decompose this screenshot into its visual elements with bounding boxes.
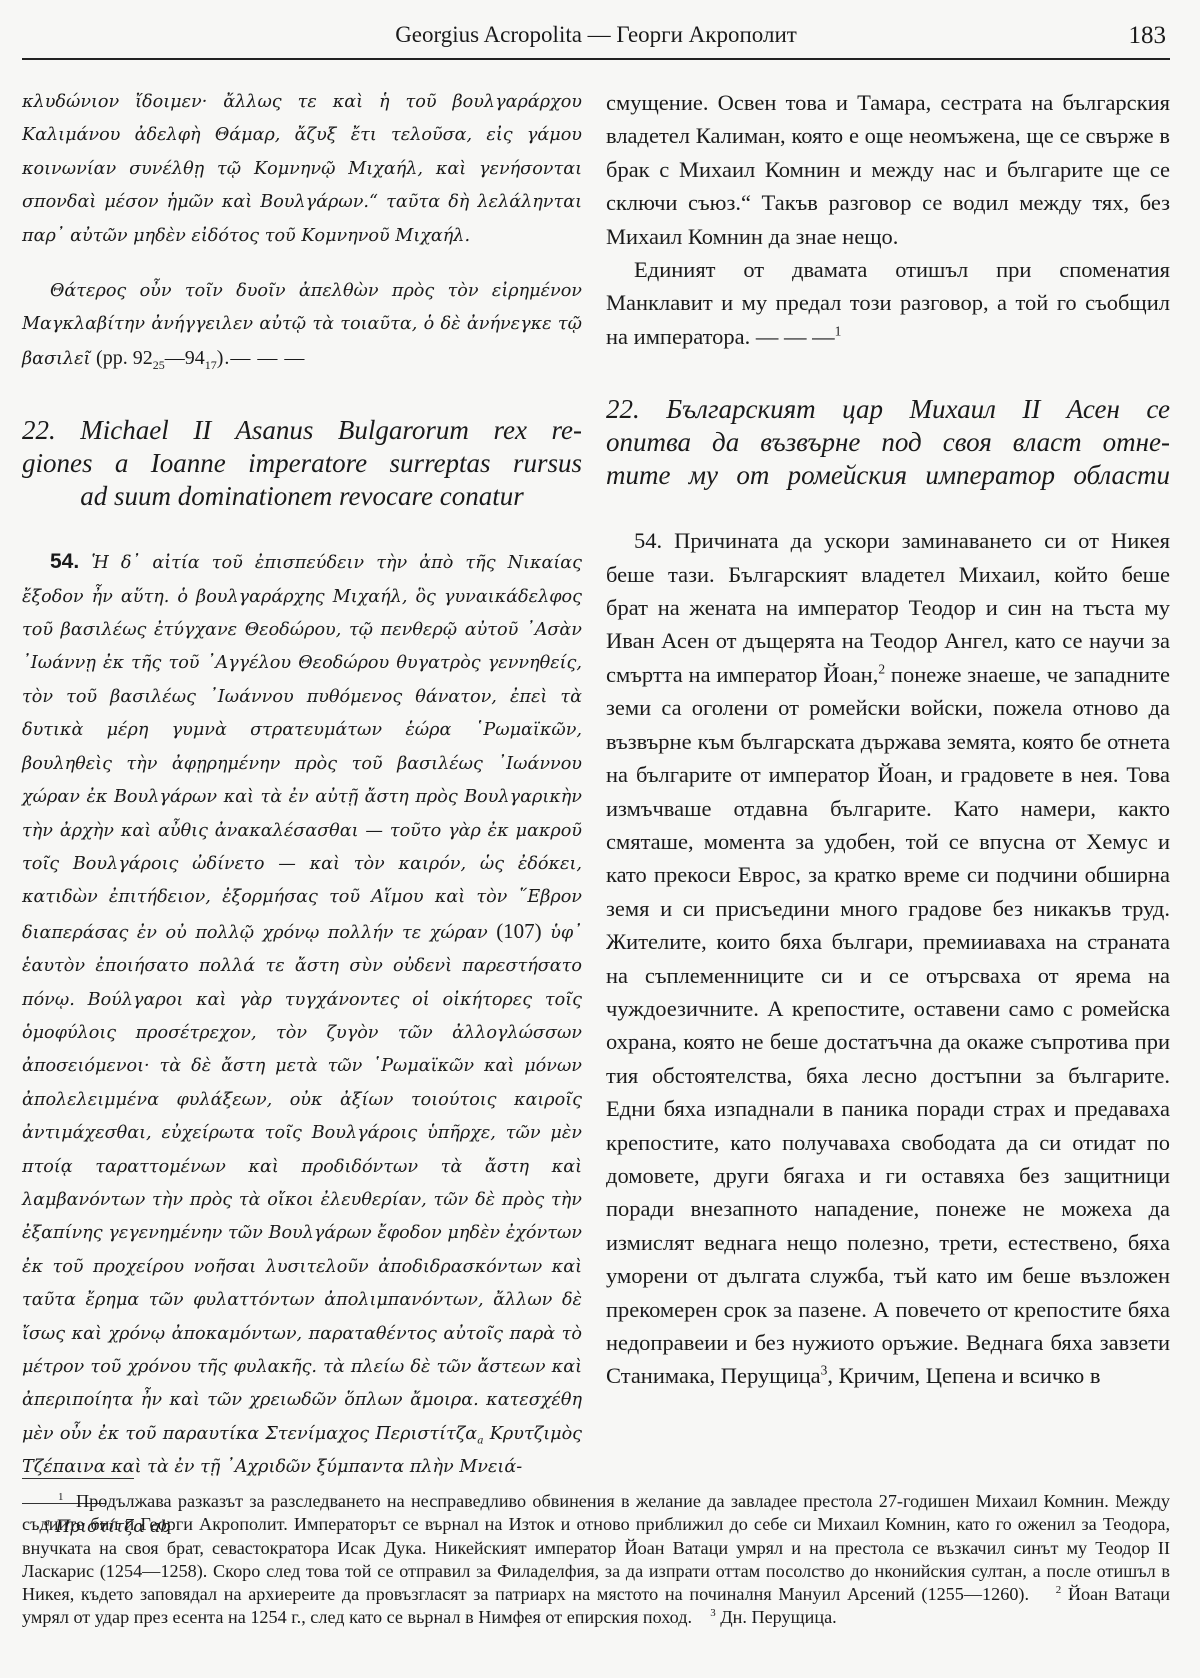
heading-line: опитва да възвърне под своя власт отне- — [606, 426, 1170, 459]
greek-paragraph-continuation: κλυδώνιον ἴδοιμεν· ἄλλως τε καὶ ἡ τοῦ βο… — [22, 86, 582, 253]
translation-paragraph-continuation: смущение. Освен това и Тамара, сестрата … — [606, 86, 1170, 253]
footnote-3-text: Дн. Перущица. — [720, 1607, 836, 1627]
running-title: Georgius Acropolita — Георги Акрополит — [22, 22, 1170, 48]
footnotes-section: 1 Продължава разказът за разследването н… — [22, 1478, 1170, 1630]
edition-page-marker: (107) — [496, 919, 542, 943]
greek-paragraph-53-end: Θάτερος οὖν τοῖν δυοῖν ἀπελθὼν πρὸς τὸν … — [22, 275, 582, 376]
footnote-ref-1[interactable]: 1 — [835, 323, 842, 338]
latin-section-heading: 22. Michael II Asanus Bulgarorum rex re-… — [22, 414, 582, 513]
footnote-ref-2[interactable]: 2 — [878, 661, 885, 676]
book-page: Georgius Acropolita — Георги Акрополит 1… — [0, 0, 1200, 1678]
bulgarian-section-heading: 22. Българският цар Михаил II Асен се оп… — [606, 393, 1170, 492]
edition-page-reference: (pp. 9225—9417).— — — — [96, 347, 305, 369]
paragraph-number: 54. — [50, 550, 79, 573]
running-header: Georgius Acropolita — Георги Акрополит 1… — [22, 18, 1170, 60]
translation-paragraph-54: 54. Причината да ускори заминаването си … — [606, 524, 1170, 1393]
greek-text-column: κλυδώνιον ἴδοιμεν· ἄλλως τε καὶ ἡ τοῦ βο… — [22, 86, 582, 1554]
heading-line: 22. Michael II Asanus Bulgarorum rex re- — [22, 414, 582, 447]
page-number: 183 — [1129, 22, 1167, 50]
footnote-1-mark: 1 — [58, 1491, 63, 1503]
apparatus-mark: a — [477, 1434, 483, 1446]
translation-paragraph-53-end: Единият от двамата отишъл при споменатия… — [606, 253, 1170, 353]
heading-line: тите му от ромейския император области — [606, 459, 1170, 492]
footnote-1-text: Продължава разказът за разследването на … — [22, 1491, 1170, 1604]
heading-line: 22. Българският цар Михаил II Асен се — [606, 393, 1170, 426]
heading-line: giones a Ioanne imperatore surreptas rur… — [22, 447, 582, 480]
heading-line: ad suum dominationem revocare conatur — [22, 480, 582, 513]
bulgarian-translation-column: смущение. Освен това и Тамара, сестрата … — [606, 86, 1170, 1393]
greek-paragraph-54: 54. Ἡ δ᾽ αἰτία τοῦ ἐπισπεύδειν τὴν ἀπὸ τ… — [22, 545, 582, 1484]
footnote-block: 1 Продължава разказът за разследването н… — [22, 1478, 1170, 1630]
footnote-3-mark: 3 — [710, 1607, 715, 1619]
footnote-2-mark: 2 — [1056, 1584, 1061, 1596]
